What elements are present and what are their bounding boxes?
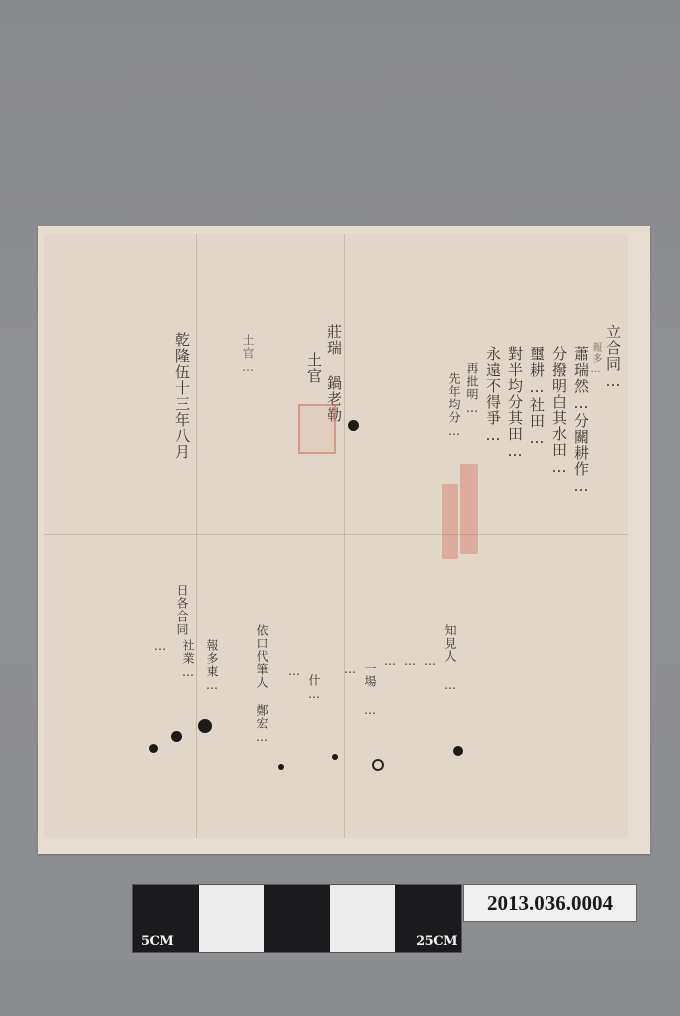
- accession-number-label: 2013.036.0004: [463, 884, 637, 922]
- scale-segment: 5CM: [133, 885, 199, 952]
- party-line: 報多東…: [206, 639, 218, 693]
- party-line: …: [154, 639, 166, 654]
- text-column: 蕭瑞然…分關耕作…: [573, 346, 588, 496]
- official-seal: [298, 404, 336, 454]
- text-column: 土官…: [242, 334, 254, 375]
- scale-label-left: 5CM: [141, 934, 173, 949]
- witness-line: …: [404, 654, 416, 669]
- text-column: 再批明…: [466, 362, 478, 416]
- witness-line: …: [384, 654, 396, 669]
- fingerprint-mark: [278, 764, 284, 770]
- fold-line: [196, 234, 197, 838]
- scale-segment: [264, 885, 330, 952]
- scale-segment: [330, 885, 396, 952]
- witness-line: …: [288, 664, 300, 679]
- text-column: 璽耕…社田…: [529, 346, 544, 448]
- party-line: 日各合同: [176, 584, 188, 636]
- official-title: 土官: [306, 352, 321, 384]
- fingerprint-mark: [149, 744, 158, 753]
- fold-line: [344, 234, 345, 838]
- fingerprint-mark: [453, 746, 463, 756]
- text-column: 分撥明白其水田…: [551, 346, 566, 477]
- scale-bar: 5CM 25CM: [133, 885, 461, 952]
- fold-line: [44, 534, 628, 535]
- red-seal-stamp: [460, 464, 478, 554]
- date-line: 乾隆伍十三年八月: [174, 332, 189, 460]
- witness-line: 一場 …: [364, 662, 376, 718]
- fingerprint-mark: [348, 420, 359, 431]
- text-column: 先年均分…: [448, 372, 460, 439]
- scale-segment: [199, 885, 265, 952]
- text-column: 永遠不得爭…: [485, 346, 500, 445]
- text-column: 立合同…: [605, 324, 620, 391]
- witness-line: …: [424, 654, 436, 669]
- party-line: 社業…: [182, 639, 194, 680]
- witness-line: 什…: [308, 674, 320, 702]
- fingerprint-mark: [198, 719, 212, 733]
- witness-line: …: [344, 662, 356, 677]
- circle-mark: [372, 759, 384, 771]
- annotation: 報多…: [590, 342, 600, 376]
- red-seal-stamp: [442, 484, 458, 559]
- document-surface: 立合同… 報多… 蕭瑞然…分關耕作… 分撥明白其水田… 璽耕…社田… 對半均分其…: [44, 234, 628, 838]
- scale-label-right: 25CM: [416, 934, 457, 949]
- document-paper: 立合同… 報多… 蕭瑞然…分關耕作… 分撥明白其水田… 璽耕…社田… 對半均分其…: [38, 226, 650, 854]
- fingerprint-mark: [171, 731, 182, 742]
- text-column: 對半均分其田…: [507, 346, 522, 461]
- witness-line: 知見人 …: [444, 624, 456, 693]
- scale-segment: 25CM: [395, 885, 461, 952]
- fingerprint-mark: [332, 754, 338, 760]
- scribe-line: 依口代筆人 鄭宏…: [256, 624, 268, 745]
